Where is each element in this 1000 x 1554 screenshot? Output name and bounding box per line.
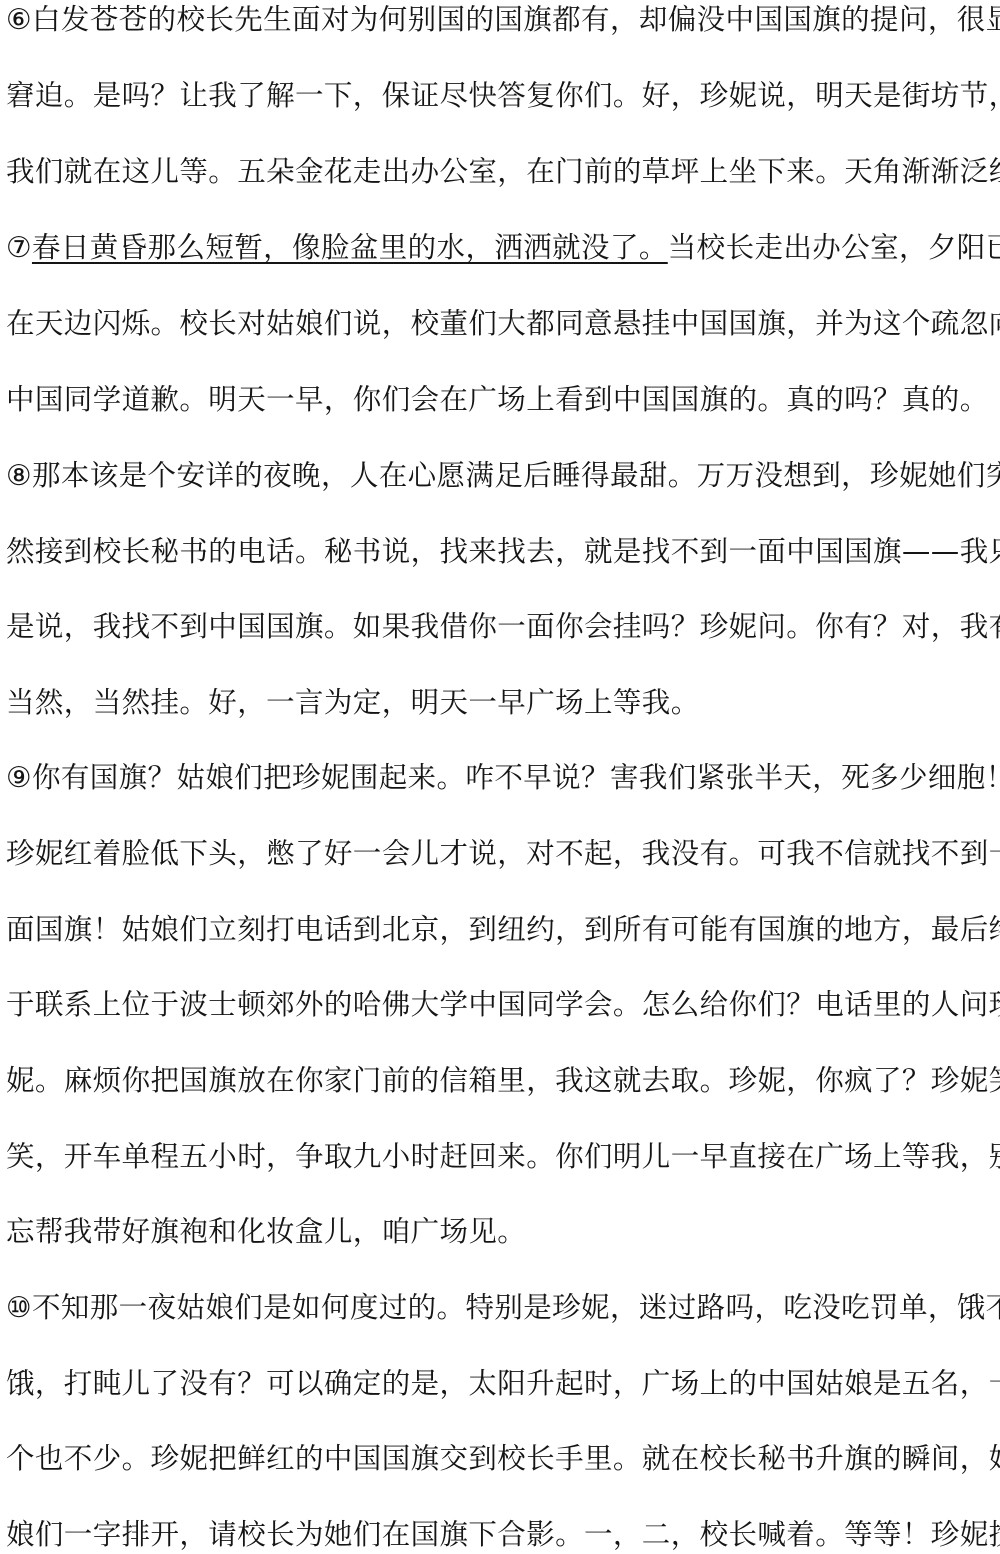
paragraph-10-line-2: 饿，打盹儿了没有？可以确定的是，太阳升起时，广场上的中国姑娘是五名，一	[6, 1364, 1000, 1404]
paragraph-6-line-3: 我们就在这儿等。五朵金花走出办公室，在门前的草坪上坐下来。天角渐渐泛红。	[6, 152, 1000, 192]
paragraph-9-line-2: 珍妮红着脸低下头，憋了好一会儿才说，对不起，我没有。可我不信就找不到一	[6, 834, 1000, 874]
paragraph-7-line-3: 中国同学道歉。明天一早，你们会在广场上看到中国国旗的。真的吗？真的。	[6, 380, 989, 420]
paragraph-7-number: ⑦	[6, 231, 32, 264]
paragraph-10-line-3: 个也不少。珍妮把鲜红的中国国旗交到校长手里。就在校长秘书升旗的瞬间，姑	[6, 1439, 1000, 1479]
paragraph-10-line-4: 娘们一字排开，请校长为她们在国旗下合影。一，二，校长喊着。等等！珍妮挽	[6, 1515, 1000, 1554]
paragraph-8-line-2: 然接到校长秘书的电话。秘书说，找来找去，就是找不到一面中国国旗——我只	[6, 532, 1000, 572]
underlined-sentence: 春日黄昏那么短暂，像脸盆里的水，洒洒就没了。	[32, 231, 668, 264]
paragraph-8-line-3: 是说，我找不到中国国旗。如果我借你一面你会挂吗？珍妮问。你有？对，我有。	[6, 607, 1000, 647]
paragraph-9-line-7: 忘帮我带好旗袍和化妆盒儿，咱广场见。	[6, 1212, 526, 1252]
paragraph-9-line-6: 笑，开车单程五小时，争取九小时赶回来。你们明儿一早直接在广场上等我，别	[6, 1137, 1000, 1177]
paragraph-9-line-5: 妮。麻烦你把国旗放在你家门前的信箱里，我这就去取。珍妮，你疯了？珍妮笑	[6, 1061, 1000, 1101]
paragraph-8-line-1: ⑧那本该是个安详的夜晚，人在心愿满足后睡得最甜。万万没想到，珍妮她们突	[6, 456, 1000, 496]
paragraph-9-line-4: 于联系上位于波士顿郊外的哈佛大学中国同学会。怎么给你们？电话里的人问珍	[6, 985, 1000, 1025]
paragraph-7-line-1: ⑦春日黄昏那么短暂，像脸盆里的水，洒洒就没了。当校长走出办公室，夕阳已	[6, 228, 1000, 268]
paragraph-10-line-1: ⑩不知那一夜姑娘们是如何度过的。特别是珍妮，迷过路吗，吃没吃罚单，饿不	[6, 1288, 1000, 1328]
paragraph-8-line-4: 当然，当然挂。好，一言为定，明天一早广场上等我。	[6, 683, 700, 723]
paragraph-7-line-2: 在天边闪烁。校长对姑娘们说，校董们大都同意悬挂中国国旗，并为这个疏忽向	[6, 304, 1000, 344]
paragraph-6-line-2: 窘迫。是吗？让我了解一下，保证尽快答复你们。好，珍妮说，明天是街坊节，	[6, 76, 1000, 116]
paragraph-7-line-1-rest: 当校长走出办公室，夕阳已	[668, 231, 1000, 264]
paragraph-9-line-3: 面国旗！姑娘们立刻打电话到北京，到纽约，到所有可能有国旗的地方，最后终	[6, 910, 1000, 950]
paragraph-9-line-1: ⑨你有国旗？姑娘们把珍妮围起来。咋不早说？害我们紧张半天，死多少细胞！	[6, 758, 1000, 798]
paragraph-6-line-1: ⑥白发苍苍的校长先生面对为何别国的国旗都有，却偏没中国国旗的提问，很显	[6, 0, 1000, 40]
